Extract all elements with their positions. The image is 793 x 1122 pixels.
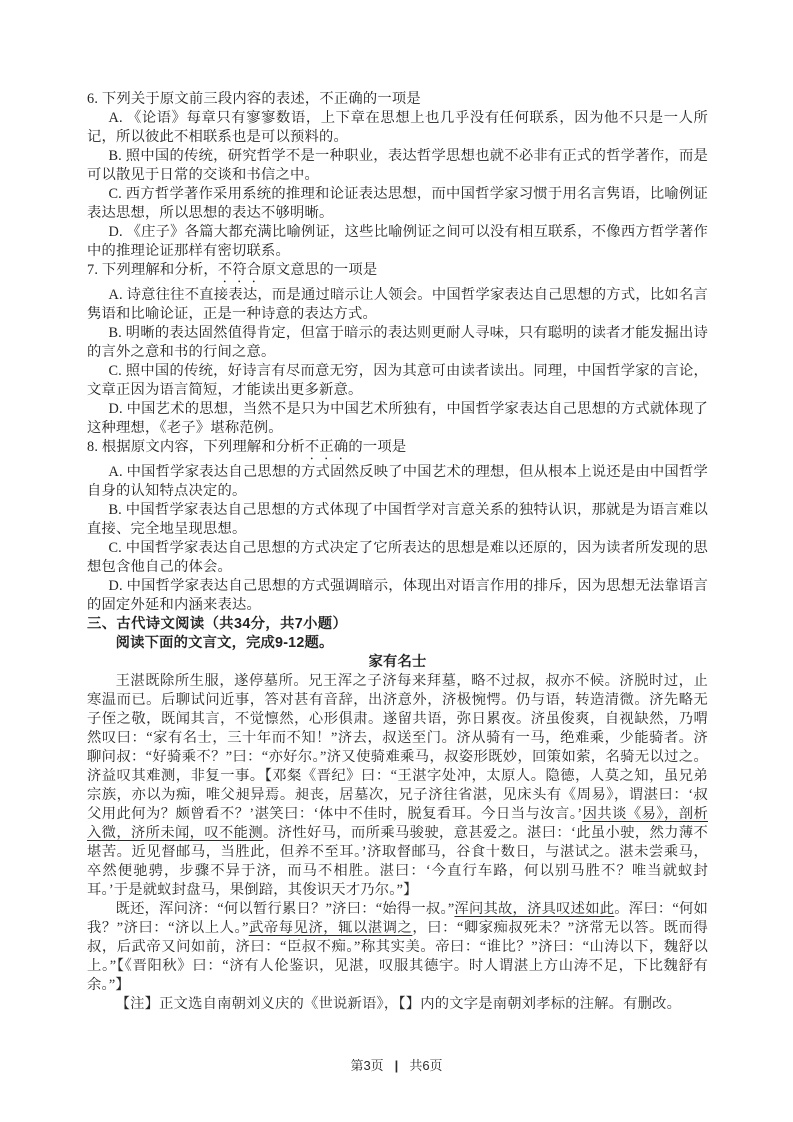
option-label: D. bbox=[108, 578, 126, 594]
option-text: 《庄子》各篇大都充满比喻例证，这些比喻例证之间可以没有相互联系，不像西方哲学著作… bbox=[87, 224, 708, 259]
question-8: 8. 根据原文内容，下列理解和分析不正确的一项是A. 中国哲学家表达自己思想的方… bbox=[87, 438, 708, 615]
underlined-text: 武帝每见济，辄以湛调之 bbox=[249, 920, 413, 936]
question-stem: 7. 下列理解和分析，不符合原文意思的一项是 bbox=[87, 261, 708, 286]
option-label: A. bbox=[108, 287, 126, 303]
passage-title: 家有名士 bbox=[87, 653, 708, 672]
option-B: B. 中国哲学家表达自己思想的方式体现了中国哲学对言意关系的独特认识，那就是为语… bbox=[87, 501, 708, 539]
text-segment: 下列理解和分析， bbox=[102, 262, 218, 278]
option-label: A. bbox=[108, 110, 127, 126]
reading-instruction: 阅读下面的文言文，完成9-12题。 bbox=[87, 634, 708, 653]
underlined-text: 浑问其故，济具叹述如此 bbox=[454, 901, 614, 917]
question-number: 8. bbox=[87, 439, 102, 455]
option-B: B. 照中国的传统，研究哲学不是一种职业，表达哲学思想也就不必非有正式的哲学著作… bbox=[87, 147, 708, 185]
option-label: B. bbox=[108, 148, 125, 164]
page-content: 6. 下列关于原文前三段内容的表述，不正确的一项是A. 《论语》每章只有寥寥数语… bbox=[87, 90, 708, 1014]
option-D: D. 中国哲学家表达自己思想的方式强调暗示，体现出对语言作用的排斥，因为思想无法… bbox=[87, 577, 708, 615]
option-text: 中国哲学家表达自己思想的方式体现了中国哲学对言意关系的独特认识，那就是为语言难以… bbox=[87, 502, 708, 537]
option-C: C. 照中国的传统，好诗言有尽而意无穷，因为其意可由读者读出。同理，中国哲学家的… bbox=[87, 362, 708, 400]
option-label: C. bbox=[108, 540, 125, 556]
option-B: B. 明晰的表达固然值得肯定，但富于暗示的表达则更耐人寻味，只有聪明的读者才能发… bbox=[87, 324, 708, 362]
option-D: D. 《庄子》各篇大都充满比喻例证，这些比喻例证之间可以没有相互联系，不像西方哲… bbox=[87, 223, 708, 261]
emphasized-text: 不正确 bbox=[305, 439, 349, 455]
page-number: 第3页 bbox=[350, 1058, 383, 1073]
option-A: A. 诗意往往不直接表达，而是通过暗示让人领会。中国哲学家表达自己思想的方式，比… bbox=[87, 286, 708, 324]
text-segment: 根据原文内容，下列理解和分析 bbox=[102, 439, 305, 455]
option-A: A. 《论语》每章只有寥寥数语，上下章在思想上也几乎没有任何联系，因为他不只是一… bbox=[87, 109, 708, 147]
text-segment: 的一项是 bbox=[348, 439, 406, 455]
text-segment: 下列关于原文前三段内容的表述，不正确的一项是 bbox=[102, 91, 421, 107]
passage-note: 【注】正文选自南朝刘义庆的《世说新语》，【】内的文字是南朝刘孝标的注解。有删改。 bbox=[87, 995, 708, 1014]
question-stem: 6. 下列关于原文前三段内容的表述，不正确的一项是 bbox=[87, 90, 708, 109]
classical-passage: 王湛既除所生服，遂停墓所。兄王浑之子济每来拜墓，略不过叔，叔亦不候。济脱时过，止… bbox=[87, 672, 708, 995]
option-text: 中国哲学家表达自己思想的方式固然反映了中国艺术的理想，但从根本上说还是由中国哲学… bbox=[87, 464, 708, 499]
text-segment: 既还，浑问济：“何以暂行累日？”济曰：“始得一叔。” bbox=[116, 901, 455, 917]
option-text: 诗意往往不直接表达，而是通过暗示让人领会。中国哲学家表达自己思想的方式，比如名言… bbox=[87, 287, 708, 322]
text-segment: 原文意思的一项是 bbox=[261, 262, 377, 278]
passage-paragraph: 既还，浑问济：“何以暂行累日？”济曰：“始得一叔。”浑问其故，济具叹述如此。浑曰… bbox=[87, 900, 708, 995]
exam-paper-page: 6. 下列关于原文前三段内容的表述，不正确的一项是A. 《论语》每章只有寥寥数语… bbox=[0, 0, 793, 1122]
passage-paragraph: 王湛既除所生服，遂停墓所。兄王浑之子济每来拜墓，略不过叔，叔亦不候。济脱时过，止… bbox=[87, 672, 708, 900]
option-label: A. bbox=[108, 464, 126, 480]
option-A: A. 中国哲学家表达自己思想的方式固然反映了中国艺术的理想，但从根本上说还是由中… bbox=[87, 463, 708, 501]
option-label: C. bbox=[108, 363, 125, 379]
option-text: 中国艺术的思想，当然不是只为中国艺术所独有，中国哲学家表达自己思想的方式就体现了… bbox=[87, 401, 708, 436]
option-text: 照中国的传统，好诗言有尽而意无穷，因为其意可由读者读出。同理，中国哲学家的言论，… bbox=[87, 363, 708, 398]
question-number: 6. bbox=[87, 91, 102, 107]
option-C: C. 西方哲学著作采用系统的推理和论证表达思想，而中国哲学家习惯于用名言隽语，比… bbox=[87, 185, 708, 223]
questions-block: 6. 下列关于原文前三段内容的表述，不正确的一项是A. 《论语》每章只有寥寥数语… bbox=[87, 90, 708, 615]
section-heading: 三、古代诗文阅读（共34分，共7小题） bbox=[87, 615, 708, 634]
option-text: 照中国的传统，研究哲学不是一种职业，表达哲学思想也就不必非有正式的哲学著作，而是… bbox=[87, 148, 708, 183]
option-text: 明晰的表达固然值得肯定，但富于暗示的表达则更耐人寻味，只有聪明的读者才能发掘出诗… bbox=[87, 325, 708, 360]
option-text: 西方哲学著作采用系统的推理和论证表达思想，而中国哲学家习惯于用名言隽语，比喻例证… bbox=[87, 186, 708, 221]
question-stem: 8. 根据原文内容，下列理解和分析不正确的一项是 bbox=[87, 438, 708, 463]
page-footer: 第3页|共6页 bbox=[0, 1055, 793, 1074]
option-D: D. 中国艺术的思想，当然不是只为中国艺术所独有，中国哲学家表达自己思想的方式就… bbox=[87, 400, 708, 438]
text-segment: 王湛既除所生服，遂停墓所。兄王浑之子济每来拜墓，略不过叔，叔亦不候。济脱时过，止… bbox=[87, 673, 708, 822]
question-6: 6. 下列关于原文前三段内容的表述，不正确的一项是A. 《论语》每章只有寥寥数语… bbox=[87, 90, 708, 261]
option-label: B. bbox=[108, 502, 125, 518]
option-label: D. bbox=[108, 401, 126, 417]
question-7: 7. 下列理解和分析，不符合原文意思的一项是A. 诗意往往不直接表达，而是通过暗… bbox=[87, 261, 708, 438]
page-total: 共6页 bbox=[409, 1058, 442, 1073]
question-number: 7. bbox=[87, 262, 102, 278]
option-label: B. bbox=[108, 325, 125, 341]
option-label: C. bbox=[108, 186, 125, 202]
footer-separator: | bbox=[395, 1058, 399, 1073]
option-label: D. bbox=[108, 224, 126, 240]
option-text: 中国哲学家表达自己思想的方式强调暗示，体现出对语言作用的排斥，因为思想无法靠语言… bbox=[87, 578, 708, 613]
option-text: 《论语》每章只有寥寥数语，上下章在思想上也几乎没有任何联系，因为他不只是一人所记… bbox=[87, 110, 708, 145]
option-text: 中国哲学家表达自己思想的方式决定了它所表达的思想是难以还原的，因为读者所发现的思… bbox=[87, 540, 708, 575]
option-C: C. 中国哲学家表达自己思想的方式决定了它所表达的思想是难以还原的，因为读者所发… bbox=[87, 539, 708, 577]
emphasized-text: 不符合 bbox=[218, 262, 262, 278]
